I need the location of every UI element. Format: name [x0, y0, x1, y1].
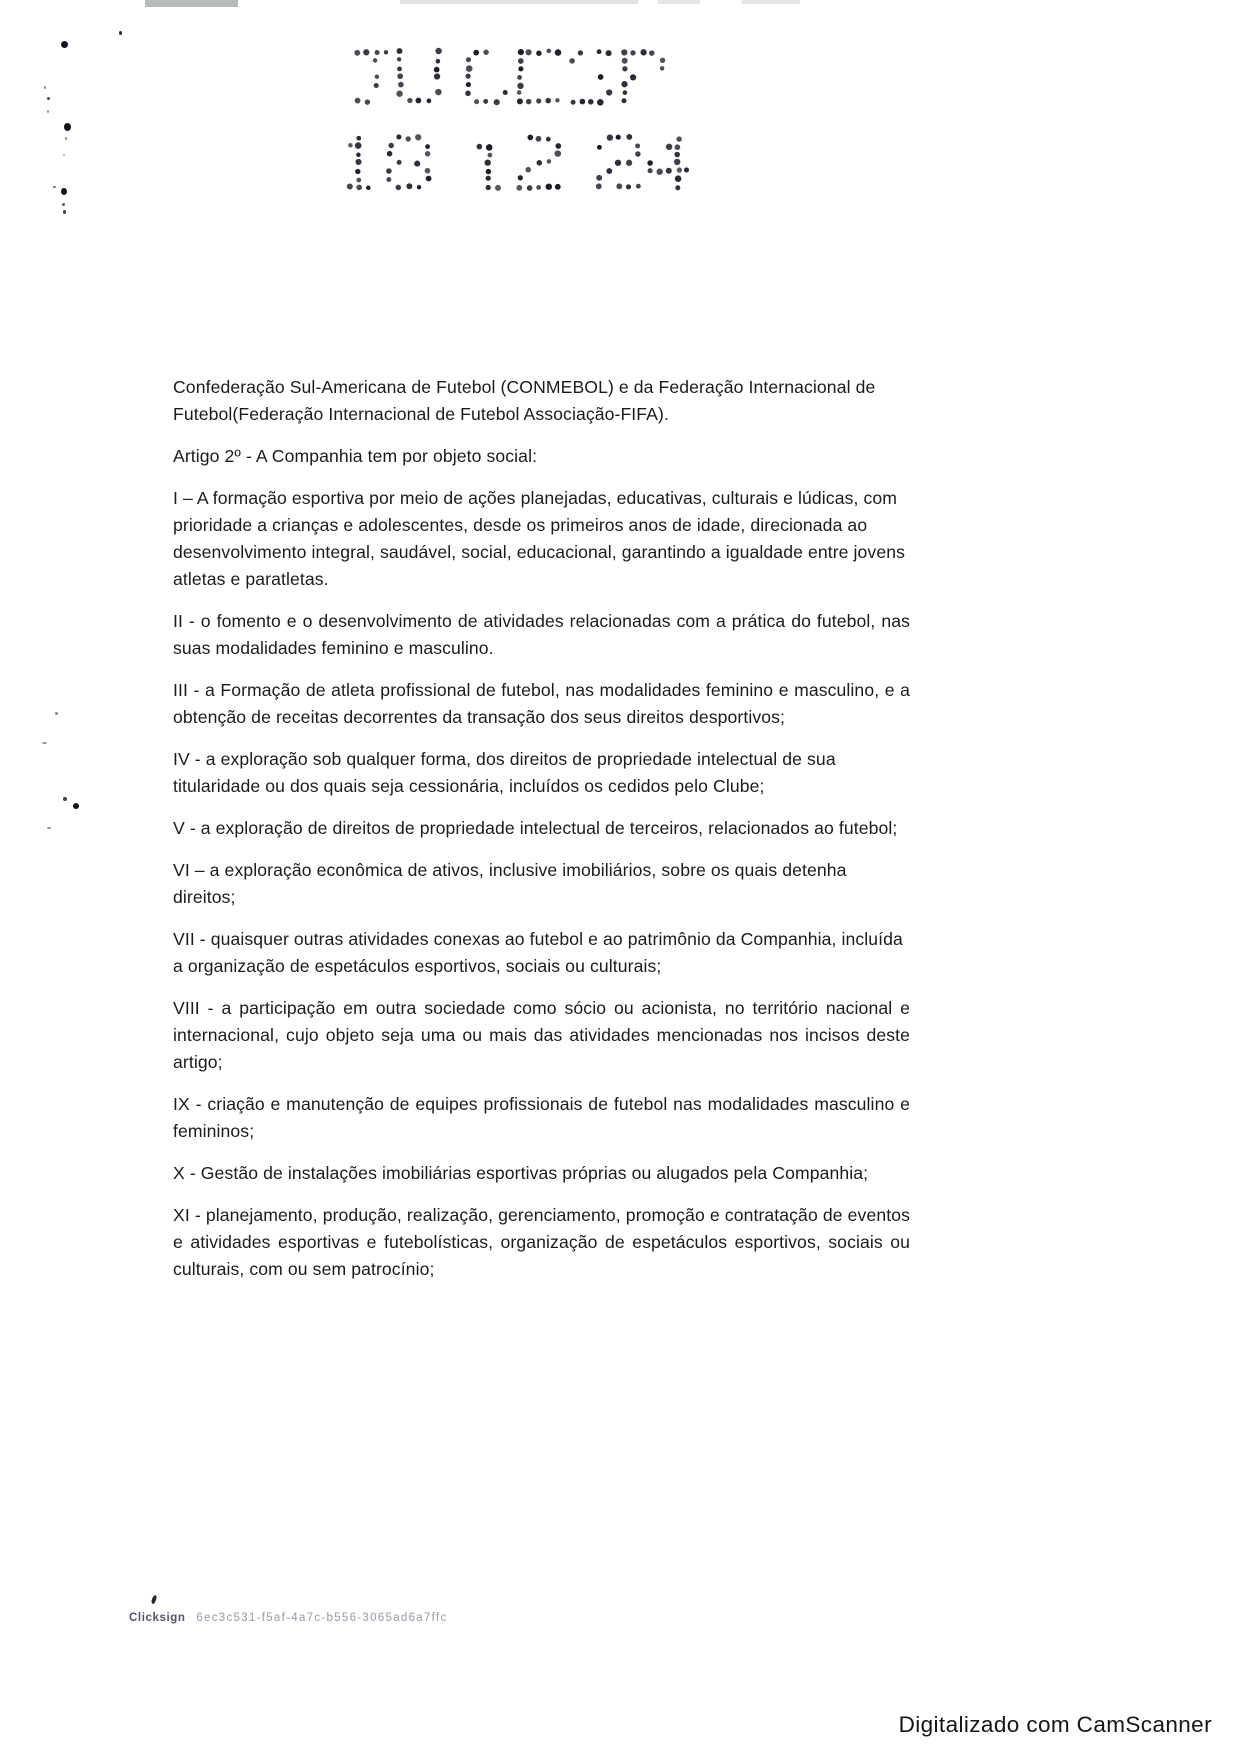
ink-speck: [47, 97, 50, 100]
scan-artifact-strip: [742, 0, 800, 4]
scan-artifact-strip: [658, 0, 700, 4]
scan-artifact-strip: [145, 0, 238, 7]
document-paragraph: IV - a exploração sob qualquer forma, do…: [173, 746, 910, 800]
ink-speck: [53, 186, 56, 188]
camscanner-credit: Digitalizado com CamScanner: [899, 1712, 1212, 1738]
ink-speck: [61, 188, 67, 195]
document-paragraph: XI - planejamento, produção, realização,…: [173, 1202, 910, 1283]
scan-artifact-strip: [400, 0, 638, 4]
jucesp-date-stamp: [328, 40, 758, 212]
ink-speck: [63, 210, 66, 214]
document-paragraph: Confederação Sul-Americana de Futebol (C…: [173, 374, 910, 428]
ink-speck: [44, 86, 46, 89]
document-paragraph: VIII - a participação em outra sociedade…: [173, 995, 910, 1076]
document-paragraph: V - a exploração de direitos de propried…: [173, 815, 910, 842]
document-paragraph: III - a Formação de atleta profissional …: [173, 677, 910, 731]
clicksign-hash: 6ec3c531-f5af-4a7c-b556-3065ad6a7ffc: [196, 1612, 447, 1624]
document-paragraph: VI – a exploração econômica de ativos, i…: [173, 857, 910, 911]
ink-speck: [55, 712, 58, 715]
ink-speck: [62, 203, 65, 206]
document-paragraph: Artigo 2º - A Companhia tem por objeto s…: [173, 443, 910, 470]
ink-speck: [65, 137, 67, 140]
document-paragraph: I – A formação esportiva por meio de açõ…: [173, 485, 910, 593]
ink-speck: [47, 827, 51, 829]
ink-speck: [63, 154, 65, 156]
document-paragraph: X - Gestão de instalações imobiliárias e…: [173, 1160, 910, 1187]
ink-speck: [73, 803, 79, 809]
document-paragraph: VII - quaisquer outras atividades conexa…: [173, 926, 910, 980]
scanned-document-page: Confederação Sul-Americana de Futebol (C…: [0, 0, 1240, 1755]
ink-speck: [42, 742, 47, 744]
clicksign-label: Clicksign: [129, 1612, 186, 1624]
ink-speck: [61, 41, 68, 48]
document-paragraph: IX - criação e manutenção de equipes pro…: [173, 1091, 910, 1145]
clicksign-signature-line: Clicksign 6ec3c531-f5af-4a7c-b556-3065ad…: [129, 1612, 448, 1624]
ink-speck: [64, 123, 71, 131]
ink-speck: [63, 797, 67, 801]
document-body: Confederação Sul-Americana de Futebol (C…: [173, 374, 910, 1298]
document-paragraph: II - o fomento e o desenvolvimento de at…: [173, 608, 910, 662]
ink-speck: [47, 110, 49, 113]
ink-speck: [119, 31, 122, 35]
stray-ink-mark: [151, 1595, 158, 1605]
